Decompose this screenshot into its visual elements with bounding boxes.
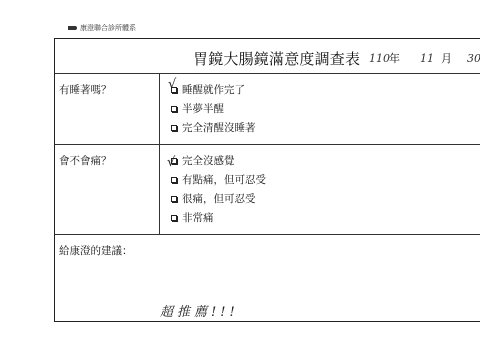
- option-no-feeling[interactable]: √ 完全沒感覺: [171, 151, 266, 170]
- check-mark-icon: √: [168, 77, 176, 92]
- question-cell: 會不會痛？: [55, 145, 160, 234]
- checkbox-icon[interactable]: [171, 106, 177, 112]
- option-slight-pain[interactable]: 有點痛，但可忍受: [171, 170, 266, 189]
- options-pain: √ 完全沒感覺 有點痛，但可忍受 很痛，但可忍受 非常痛: [171, 151, 266, 227]
- option-label: 非常痛: [182, 210, 214, 225]
- date-year-label: 年: [389, 50, 400, 66]
- option-very-painful[interactable]: 很痛，但可忍受: [171, 189, 266, 208]
- date-day-value: 30: [467, 52, 480, 65]
- checkbox-icon[interactable]: [171, 215, 177, 221]
- check-mark-icon: √: [167, 155, 175, 170]
- option-label: 半夢半醒: [182, 101, 224, 116]
- organization-name: 康澄聯合診所體系: [80, 23, 136, 33]
- option-extremely-painful[interactable]: 非常痛: [171, 208, 266, 227]
- option-label: 有點痛，但可忍受: [182, 172, 266, 187]
- clinic-logo-icon: [68, 26, 77, 30]
- question-label-pain: 會不會痛？: [59, 153, 112, 168]
- question-row-sleep: 有睡著嗎？ √ 睡醒就作完了 半夢半醒 完全清醒沒睡著: [55, 74, 480, 145]
- question-row-pain: 會不會痛？ √ 完全沒感覺 有點痛，但可忍受 很痛，但可忍受 非常痛: [55, 145, 480, 235]
- checkbox-icon[interactable]: [171, 196, 177, 202]
- suggestion-label: 給康澄的建議：: [59, 243, 133, 258]
- option-half-asleep[interactable]: 半夢半醒: [171, 99, 256, 118]
- satisfaction-survey-form: 胃鏡大腸鏡滿意度調查表 110 年 11 月 30 有睡著嗎？ √ 睡醒就作完了…: [54, 38, 480, 322]
- option-fully-asleep[interactable]: √ 睡醒就作完了: [171, 80, 256, 99]
- question-cell: 有睡著嗎？: [55, 74, 160, 144]
- organization-header: 康澄聯合診所體系: [68, 23, 136, 33]
- option-label: 睡醒就作完了: [182, 82, 245, 97]
- option-label: 很痛，但可忍受: [182, 191, 256, 206]
- checkbox-icon[interactable]: [171, 177, 177, 183]
- date-month-label: 月: [441, 50, 452, 66]
- option-label: 完全清醒沒睡著: [182, 120, 256, 135]
- option-label: 完全沒感覺: [182, 153, 235, 168]
- handwritten-suggestion[interactable]: 超推薦!!!: [160, 301, 239, 320]
- title-row: 胃鏡大腸鏡滿意度調查表 110 年 11 月 30: [55, 39, 480, 74]
- question-label-sleep: 有睡著嗎？: [59, 82, 112, 97]
- option-fully-awake[interactable]: 完全清醒沒睡著: [171, 118, 256, 137]
- options-sleep: √ 睡醒就作完了 半夢半醒 完全清醒沒睡著: [171, 80, 256, 137]
- checkbox-icon[interactable]: [171, 125, 177, 131]
- form-title: 胃鏡大腸鏡滿意度調查表: [193, 48, 360, 69]
- date-month-value: 11: [420, 52, 434, 65]
- date-year-value: 110: [369, 52, 390, 65]
- suggestion-row: 給康澄的建議： 超推薦!!!: [55, 235, 480, 323]
